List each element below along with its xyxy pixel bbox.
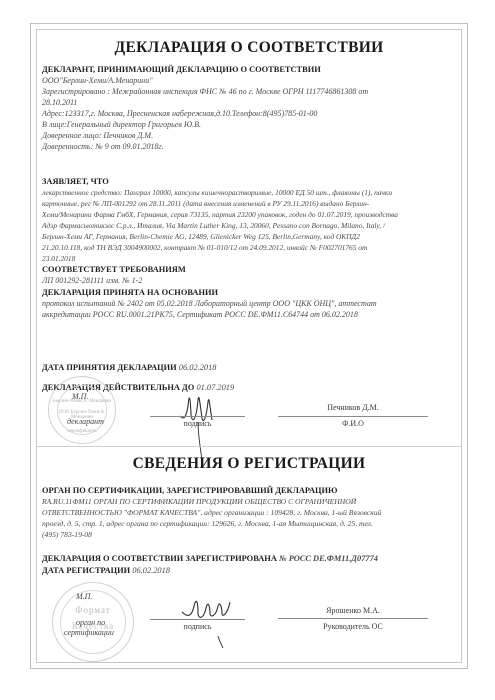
registrar-signature-line <box>150 619 245 620</box>
acceptance-date-label: ДАТА ПРИНЯТИЯ ДЕКЛАРАЦИИ <box>42 363 177 372</box>
registrar-signer-name: Ярошенко М.А. <box>278 606 428 615</box>
cert-body-role-label: орган по <box>76 618 105 627</box>
declarant-line: Доверенность: № 9 от 09.01.2018г. <box>42 141 462 152</box>
registration-date-label: ДАТА РЕГИСТРАЦИИ <box>42 566 130 575</box>
registered-label: ДЕКЛАРАЦИЯ О СООТВЕТСТВИИ ЗАРЕГИСТРИРОВА… <box>42 554 277 563</box>
declarant-line: Адрес:123317,г. Москва, Пресненская набе… <box>42 108 462 119</box>
product-line: Берлин-Хеми АГ, Германия, Berlin-Chemie … <box>42 231 462 242</box>
states-section: ЗАЯВЛЯЕТ, ЧТО лекарственное средство: Па… <box>42 176 462 264</box>
states-heading: ЗАЯВЛЯЕТ, ЧТО <box>42 176 462 187</box>
declarant-signature-caption: подпись <box>150 419 245 428</box>
cert-body-line: (495) 783-19-08 <box>42 529 462 540</box>
product-line: Хеми/Менарини Фарма ГмбХ, Германия, сери… <box>42 209 462 220</box>
stamp-text: сертификатов <box>49 429 115 434</box>
declarant-role-label: декларант <box>67 417 104 426</box>
declarant-stamp: Берлин-Хеми/А. Менарини ООО Берлин-Хеми/… <box>48 376 116 444</box>
declarant-signer-name: Печников Д.М. <box>278 403 428 412</box>
declaration-title: ДЕКЛАРАЦИЯ О СООТВЕТСТВИИ <box>36 38 462 58</box>
registrar-name-line <box>278 618 428 619</box>
declarant-heading: ДЕКЛАРАНТ, ПРИНИМАЮЩИЙ ДЕКЛАРАЦИЮ О СООТ… <box>42 64 462 75</box>
cert-body-role-label: сертификации <box>64 628 114 637</box>
cert-body-line: RA.RU.11ФМ11 ОРГАН ПО СЕРТИФИКАЦИИ ПРОДУ… <box>42 496 462 507</box>
declarant-name-line <box>278 416 428 417</box>
declarant-mp-label: М.П. <box>72 392 88 401</box>
declarant-line: 28.10.2011 <box>42 97 462 108</box>
product-line: 21.20.10.118, код ТН ВЭД 3004900002, кон… <box>42 242 462 253</box>
complies-heading: СООТВЕТСТВУЕТ ТРЕБОВАНИЯМ <box>42 264 462 275</box>
declarant-line: В лице:Генеральный директор Григорьев Ю.… <box>42 119 462 130</box>
product-line: картонные, рег № ЛП-001292 от 28.11.2011… <box>42 198 462 209</box>
cert-body-line: проезд, д. 5, стр. 1, адрес органа по се… <box>42 518 462 529</box>
cert-body-section: ОРГАН ПО СЕРТИФИКАЦИИ, ЗАРЕГИСТРИРОВАВШИ… <box>42 485 462 540</box>
declarant-line: Зарегистрировано : Межрайонная инспекция… <box>42 86 462 97</box>
registration-number-section: ДЕКЛАРАЦИЯ О СООТВЕТСТВИИ ЗАРЕГИСТРИРОВА… <box>42 553 462 577</box>
registrar-name-caption: Руководитель ОС <box>278 622 428 631</box>
complies-line: ЛП 001292-281111 изм. № 1-2 <box>42 275 462 286</box>
registrar-signature-caption: подпись <box>150 622 245 631</box>
registration-date-row: ДАТА РЕГИСТРАЦИИ 06.02.2018 <box>42 565 462 577</box>
stamp-brand: Формат <box>53 605 133 615</box>
product-line: лекарственное средство: Панграл 10000, к… <box>42 187 462 198</box>
declarant-section: ДЕКЛАРАНТ, ПРИНИМАЮЩИЙ ДЕКЛАРАЦИЮ О СООТ… <box>42 64 462 152</box>
cert-body-line: ОТВЕТСТВЕННОСТЬЮ "ФОРМАТ КАЧЕСТВА", адре… <box>42 507 462 518</box>
registration-date: 06.02.2018 <box>132 566 170 575</box>
complies-section: СООТВЕТСТВУЕТ ТРЕБОВАНИЯМ ЛП 001292-2811… <box>42 264 462 320</box>
declarant-name-caption: Ф.И.О <box>278 419 428 428</box>
acceptance-date: 06.02.2018 <box>179 363 217 372</box>
cert-body-heading: ОРГАН ПО СЕРТИФИКАЦИИ, ЗАРЕГИСТРИРОВАВШИ… <box>42 485 462 496</box>
product-line: Адэр Фармасьютикэлс С.р.л., Италия, Via … <box>42 220 462 231</box>
acceptance-date-row: ДАТА ПРИНЯТИЯ ДЕКЛАРАЦИИ 06.02.2018 <box>42 361 462 375</box>
declarant-line: ООО"Берлин-Хеми/А.Менарини" <box>42 75 462 86</box>
registration-title: СВЕДЕНИЯ О РЕГИСТРАЦИИ <box>36 454 462 474</box>
registered-row: ДЕКЛАРАЦИЯ О СООТВЕТСТВИИ ЗАРЕГИСТРИРОВА… <box>42 553 462 565</box>
product-line: 23.01.2018 <box>42 253 462 264</box>
cert-body-mp-label: М.П. <box>76 592 92 601</box>
declarant-signature-line <box>150 416 245 417</box>
section-divider <box>37 446 461 447</box>
registration-number: № РОСС DE.ФМ11.Д07774 <box>279 554 378 563</box>
basis-heading: ДЕКЛАРАЦИЯ ПРИНЯТА НА ОСНОВАНИИ <box>42 287 462 298</box>
basis-line: протокол испытаний № 2402 от 05.02.2018 … <box>42 298 462 309</box>
basis-line: аккредитации РОСС RU.0001.21РК75, Сертиф… <box>42 309 462 320</box>
declarant-line: Доверенное лицо: Печников Д.М. <box>42 130 462 141</box>
